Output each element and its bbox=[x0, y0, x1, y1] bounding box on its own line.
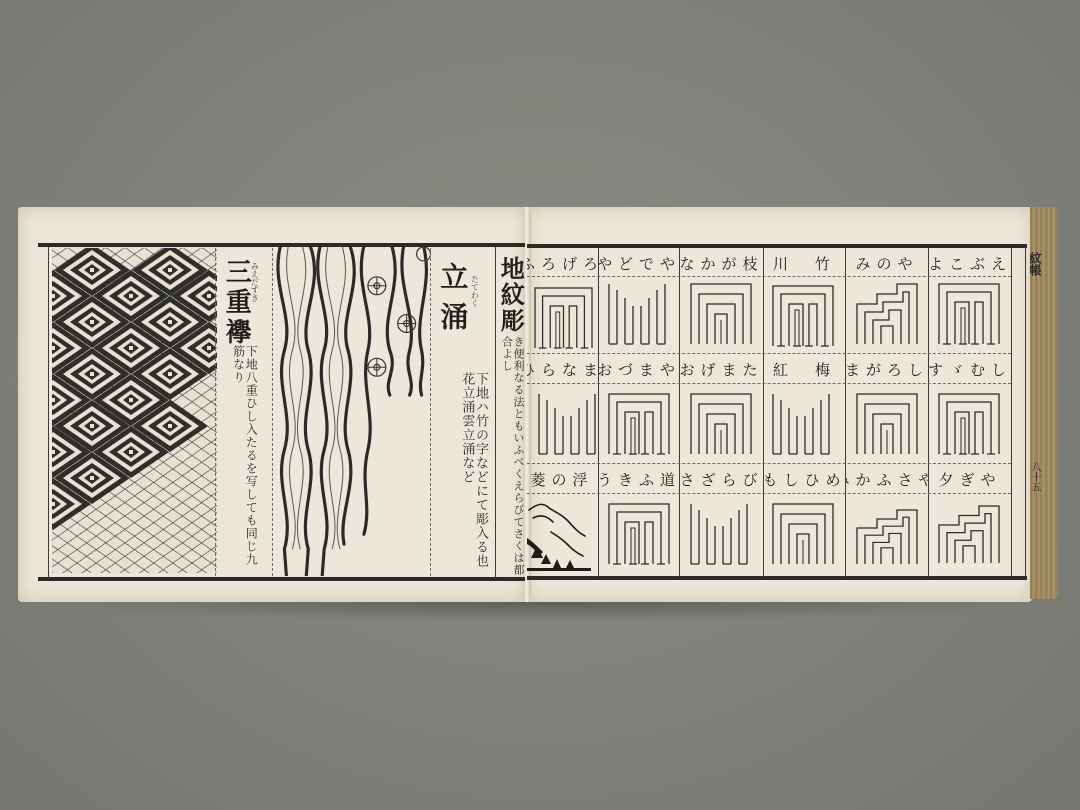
column-divider bbox=[215, 248, 216, 576]
mie-dasuki-caption: 下地八重ひし入たるを写しても同じ九筋なり bbox=[232, 345, 257, 575]
intro-text: き便利なる法ともいふべくえらびてさくは都合よし bbox=[494, 336, 524, 576]
tatewaku-ruby: たてわく bbox=[470, 275, 478, 307]
left-bottom-rule bbox=[38, 577, 525, 581]
book-side-title: 紋帳 bbox=[1027, 252, 1044, 276]
diamond-lattice-icon bbox=[52, 248, 217, 573]
tatewaku-title: 立涌 bbox=[438, 262, 467, 342]
page-number: 八十五 bbox=[1027, 462, 1042, 492]
mie-dasuki-ruby: みえだすき bbox=[250, 262, 258, 302]
tatewaku-caption: 下地ハ竹の字などにて彫入る也花立涌雲立涌など bbox=[437, 372, 487, 572]
crest-grid: ふろげろ やどでや なかが枝 川 竹 みのや よこぶえ ひらなま おづまや おげ… bbox=[527, 248, 1027, 578]
mountain-landscape-icon bbox=[527, 498, 595, 576]
crest-glyphs bbox=[527, 248, 1011, 578]
tatewaku-wave-pattern bbox=[272, 246, 432, 576]
main-heading: 地紋彫 bbox=[498, 256, 523, 334]
grid-column-line bbox=[1011, 248, 1012, 578]
mie-dasuki-diamond-pattern bbox=[52, 248, 217, 573]
column-divider bbox=[430, 248, 431, 576]
left-frame-line bbox=[48, 246, 49, 578]
mie-dasuki-title: 三重襷 bbox=[222, 258, 249, 348]
